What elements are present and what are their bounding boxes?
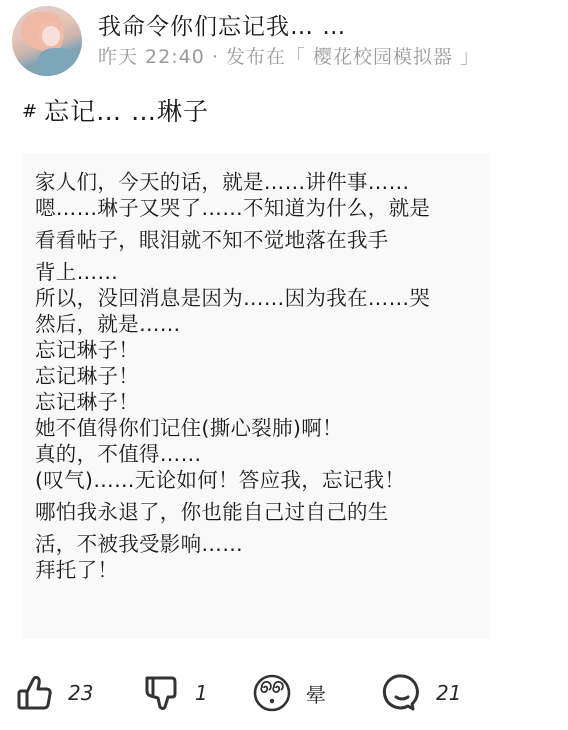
content-line: 嗯……琳子又哭了……不知道为什么，就是 [35, 195, 490, 221]
content-line: 拜托了！ [35, 557, 490, 583]
content-line: 忘记琳子！ [35, 337, 490, 363]
topic-tag[interactable]: #忘记… …琳子 [22, 92, 209, 128]
hash-icon: # [22, 101, 38, 122]
dislike-button[interactable]: 1 [143, 672, 208, 714]
thumbs-up-icon [16, 674, 54, 712]
comment-bubble-icon [382, 673, 422, 713]
content-line: 忘记琳子！ [35, 389, 490, 415]
content-line: 背上…… [35, 259, 490, 285]
dizzy-reaction-button[interactable]: 晕 [252, 672, 326, 714]
dislike-count: 1 [195, 681, 208, 705]
content-line: 活，不被我受影响…… [35, 531, 490, 557]
topic-label: 忘记… …琳子 [44, 97, 209, 126]
avatar-shirt [38, 48, 78, 76]
action-bar: 23 1 晕 21 [16, 672, 556, 714]
content-line: 所以，没回消息是因为……因为我在……哭 [35, 285, 490, 311]
post-title: 我命令你们忘记我… … [98, 12, 480, 42]
content-line: 哪怕我永退了，你也能自己过自己的生 [35, 499, 490, 525]
content-line: 她不值得你们记住(撕心裂肺)啊！ [35, 415, 490, 441]
comment-count: 21 [436, 681, 461, 705]
content-line: 家人们，今天的话，就是……讲件事…… [35, 169, 490, 195]
like-count: 23 [68, 681, 93, 705]
post-content: 家人们，今天的话，就是……讲件事…… 嗯……琳子又哭了……不知道为什么，就是 看… [22, 153, 490, 639]
comment-button[interactable]: 21 [382, 672, 461, 714]
header-text: 我命令你们忘记我… … 昨天 22:40 · 发布在「 樱花校园模拟器 」 [98, 12, 480, 70]
content-line: (叹气)……无论如何！答应我，忘记我！ [35, 467, 490, 493]
thumbs-down-icon [143, 674, 181, 712]
avatar[interactable] [12, 6, 82, 76]
content-line: 看看帖子，眼泪就不知不觉地落在我手 [35, 227, 490, 253]
dizzy-label: 晕 [306, 679, 326, 708]
avatar-face [42, 26, 60, 46]
dizzy-face-icon [252, 673, 292, 713]
post-page: 我命令你们忘记我… … 昨天 22:40 · 发布在「 樱花校园模拟器 」 #忘… [0, 0, 568, 730]
content-line: 真的，不值得…… [35, 441, 490, 467]
like-button[interactable]: 23 [16, 672, 93, 714]
post-header: 我命令你们忘记我… … 昨天 22:40 · 发布在「 樱花校园模拟器 」 [12, 5, 480, 77]
content-line: 然后，就是…… [35, 311, 490, 337]
content-line: 忘记琳子！ [35, 363, 490, 389]
post-meta[interactable]: 昨天 22:40 · 发布在「 樱花校园模拟器 」 [98, 44, 480, 70]
